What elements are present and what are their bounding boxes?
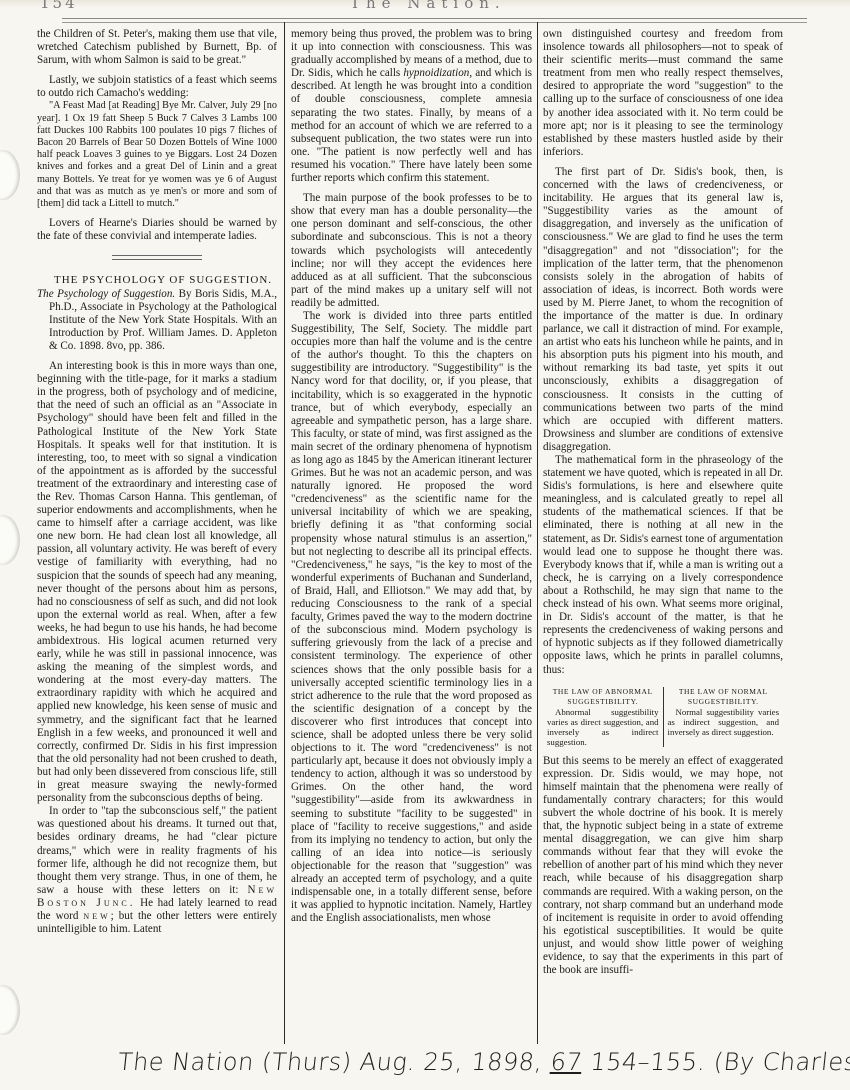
column-2: memory being thus proved, the problem wa… [291,28,532,925]
article-title: THE PSYCHOLOGY OF SUGGESTION. [37,274,277,287]
law-abnormal: THE LAW OF ABNORMAL SUGGESTIBILITY. Abno… [543,687,663,747]
bibliographic-entry: The Psychology of Suggestion. By Boris S… [37,288,277,353]
page-number: 154 [40,0,78,12]
section-rule [112,255,202,260]
law-text: Normal suggestibility varies as indirect… [668,707,780,737]
italic-term: hypnoidization [403,67,469,79]
book-title: The Psychology of Suggestion. [37,288,175,300]
column-1: the Children of St. Peter's, making them… [37,28,277,936]
masthead: 154 The Nation. [30,0,810,10]
law-text: Abnormal suggestibility varies as direct… [547,707,659,747]
volume-number: 67 [549,1048,583,1076]
paragraph: The mathematical form in the phraseology… [543,454,783,677]
law-title: THE LAW OF ABNORMAL SUGGESTIBILITY. [547,687,659,707]
column-3: own distinguished courtesy and freedom f… [543,28,783,977]
header-rule [62,18,807,23]
newspaper-page: 154 The Nation. the Children of St. Pete… [0,0,850,1090]
law-normal: THE LAW OF NORMAL SUGGESTIBILITY. Normal… [663,687,784,747]
punch-hole [0,985,20,1035]
handwritten-citation: The Nation (Thurs) Aug. 25, 1898, 67 154… [117,1048,840,1076]
paragraph: Lovers of Hearne's Diaries should be war… [37,217,277,243]
paragraph: But this seems to be merely an effect of… [543,755,783,978]
parallel-laws: THE LAW OF ABNORMAL SUGGESTIBILITY. Abno… [543,687,783,747]
paragraph: An interesting book is this in more ways… [37,360,277,805]
punch-hole [0,150,20,200]
paragraph: The first part of Dr. Sidis's book, then… [543,166,783,454]
word-new: new [83,910,110,922]
column-divider [537,22,538,1044]
column-divider [284,22,285,1044]
paragraph: memory being thus proved, the problem wa… [291,28,532,185]
block-quote: "A Feast Mad [at Reading] Bye Mr. Calver… [37,100,277,210]
law-title: THE LAW OF NORMAL SUGGESTIBILITY. [668,687,780,707]
paragraph: In order to "tap the subconscious self,"… [37,805,277,936]
paragraph: The main purpose of the book professes t… [291,192,532,310]
paragraph: The work is divided into three parts ent… [291,310,532,925]
paragraph: Lastly, we subjoin statistics of a feast… [37,74,277,100]
punch-hole [0,515,20,565]
paragraph: own distinguished courtesy and freedom f… [543,28,783,159]
paragraph: the Children of St. Peter's, making them… [37,28,277,67]
publication-title: The Nation. [350,0,506,12]
